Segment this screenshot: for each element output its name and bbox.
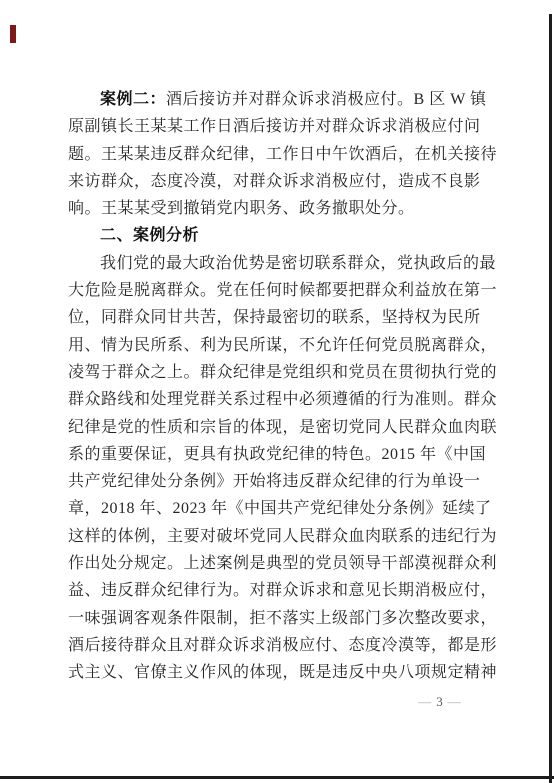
- text-line: 一味强调客观条件限制，拒不落实上级部门多次整改要求，: [68, 605, 478, 632]
- text-line: 原副镇长王某某工作日酒后接访并对群众诉求消极应付问: [68, 113, 478, 140]
- document-body: 案例二：酒后接访并对群众诉求消极应付。B 区 W 镇原副镇长王某某工作日酒后接访…: [68, 86, 478, 687]
- text-line: 用、情为民所系、利为民所谋，不允许任何党员脱离群众，: [68, 332, 478, 359]
- text-line: 益、违反群众纪律行为。对群众诉求和意见长期消极应付，: [68, 577, 478, 604]
- text-line: 群众路线和处理党群关系过程中必须遵循的行为准则。群众: [68, 386, 478, 413]
- text-line: 这样的体例，主要对破坏党同人民群众血肉联系的违纪行为: [68, 523, 478, 550]
- document-page: 案例二：酒后接访并对群众诉求消极应付。B 区 W 镇原副镇长王某某工作日酒后接访…: [0, 0, 554, 783]
- case-label: 案例二：: [100, 91, 166, 108]
- text-line: 凌驾于群众之上。群众纪律是党组织和党员在贯彻执行党的: [68, 359, 478, 386]
- page-number: —3—: [405, 694, 475, 710]
- text-line: 来访群众，态度冷漠，对群众诉求消极应付，造成不良影: [68, 168, 478, 195]
- text-line: 式主义、官僚主义作风的体现，既是违反中央八项规定精神: [68, 659, 478, 686]
- page-number-dash-left: —: [414, 694, 436, 709]
- text-line: 纪律是党的性质和宗旨的体现，是密切党同人民群众血肉联: [68, 414, 478, 441]
- red-scan-mark: [10, 25, 16, 43]
- section-heading: 二、案例分析: [68, 222, 478, 249]
- page-number-dash-right: —: [444, 694, 466, 709]
- scan-edge-bottom: [0, 776, 554, 779]
- text-line: 大危险是脱离群众。党在任何时候都要把群众利益放在第一: [68, 277, 478, 304]
- text-line: 系的重要保证，更具有执政党纪律的特色。2015 年《中国: [68, 441, 478, 468]
- text-line: 案例二：酒后接访并对群众诉求消极应付。B 区 W 镇: [68, 86, 478, 113]
- text-line: 共产党纪律处分条例》开始将违反群众纪律的行为单设一: [68, 468, 478, 495]
- text-line: 酒后接待群众且对群众诉求消极应付、态度冷漠等，都是形: [68, 632, 478, 659]
- text-line: 位，同群众同甘共苦，保持最密切的联系，坚持权为民所: [68, 304, 478, 331]
- text-line: 响。王某某受到撤销党内职务、政务撤职处分。: [68, 195, 478, 222]
- text-line: 题。王某某违反群众纪律，工作日中午饮酒后，在机关接待: [68, 141, 478, 168]
- scan-edge-right: [549, 14, 552, 783]
- text-line: 作出处分规定。上述案例是典型的党员领导干部漠视群众利: [68, 550, 478, 577]
- text-line: 章，2018 年、2023 年《中国共产党纪律处分条例》延续了: [68, 495, 478, 522]
- text-line: 我们党的最大政治优势是密切联系群众，党执政后的最: [68, 250, 478, 277]
- page-number-value: 3: [436, 694, 444, 709]
